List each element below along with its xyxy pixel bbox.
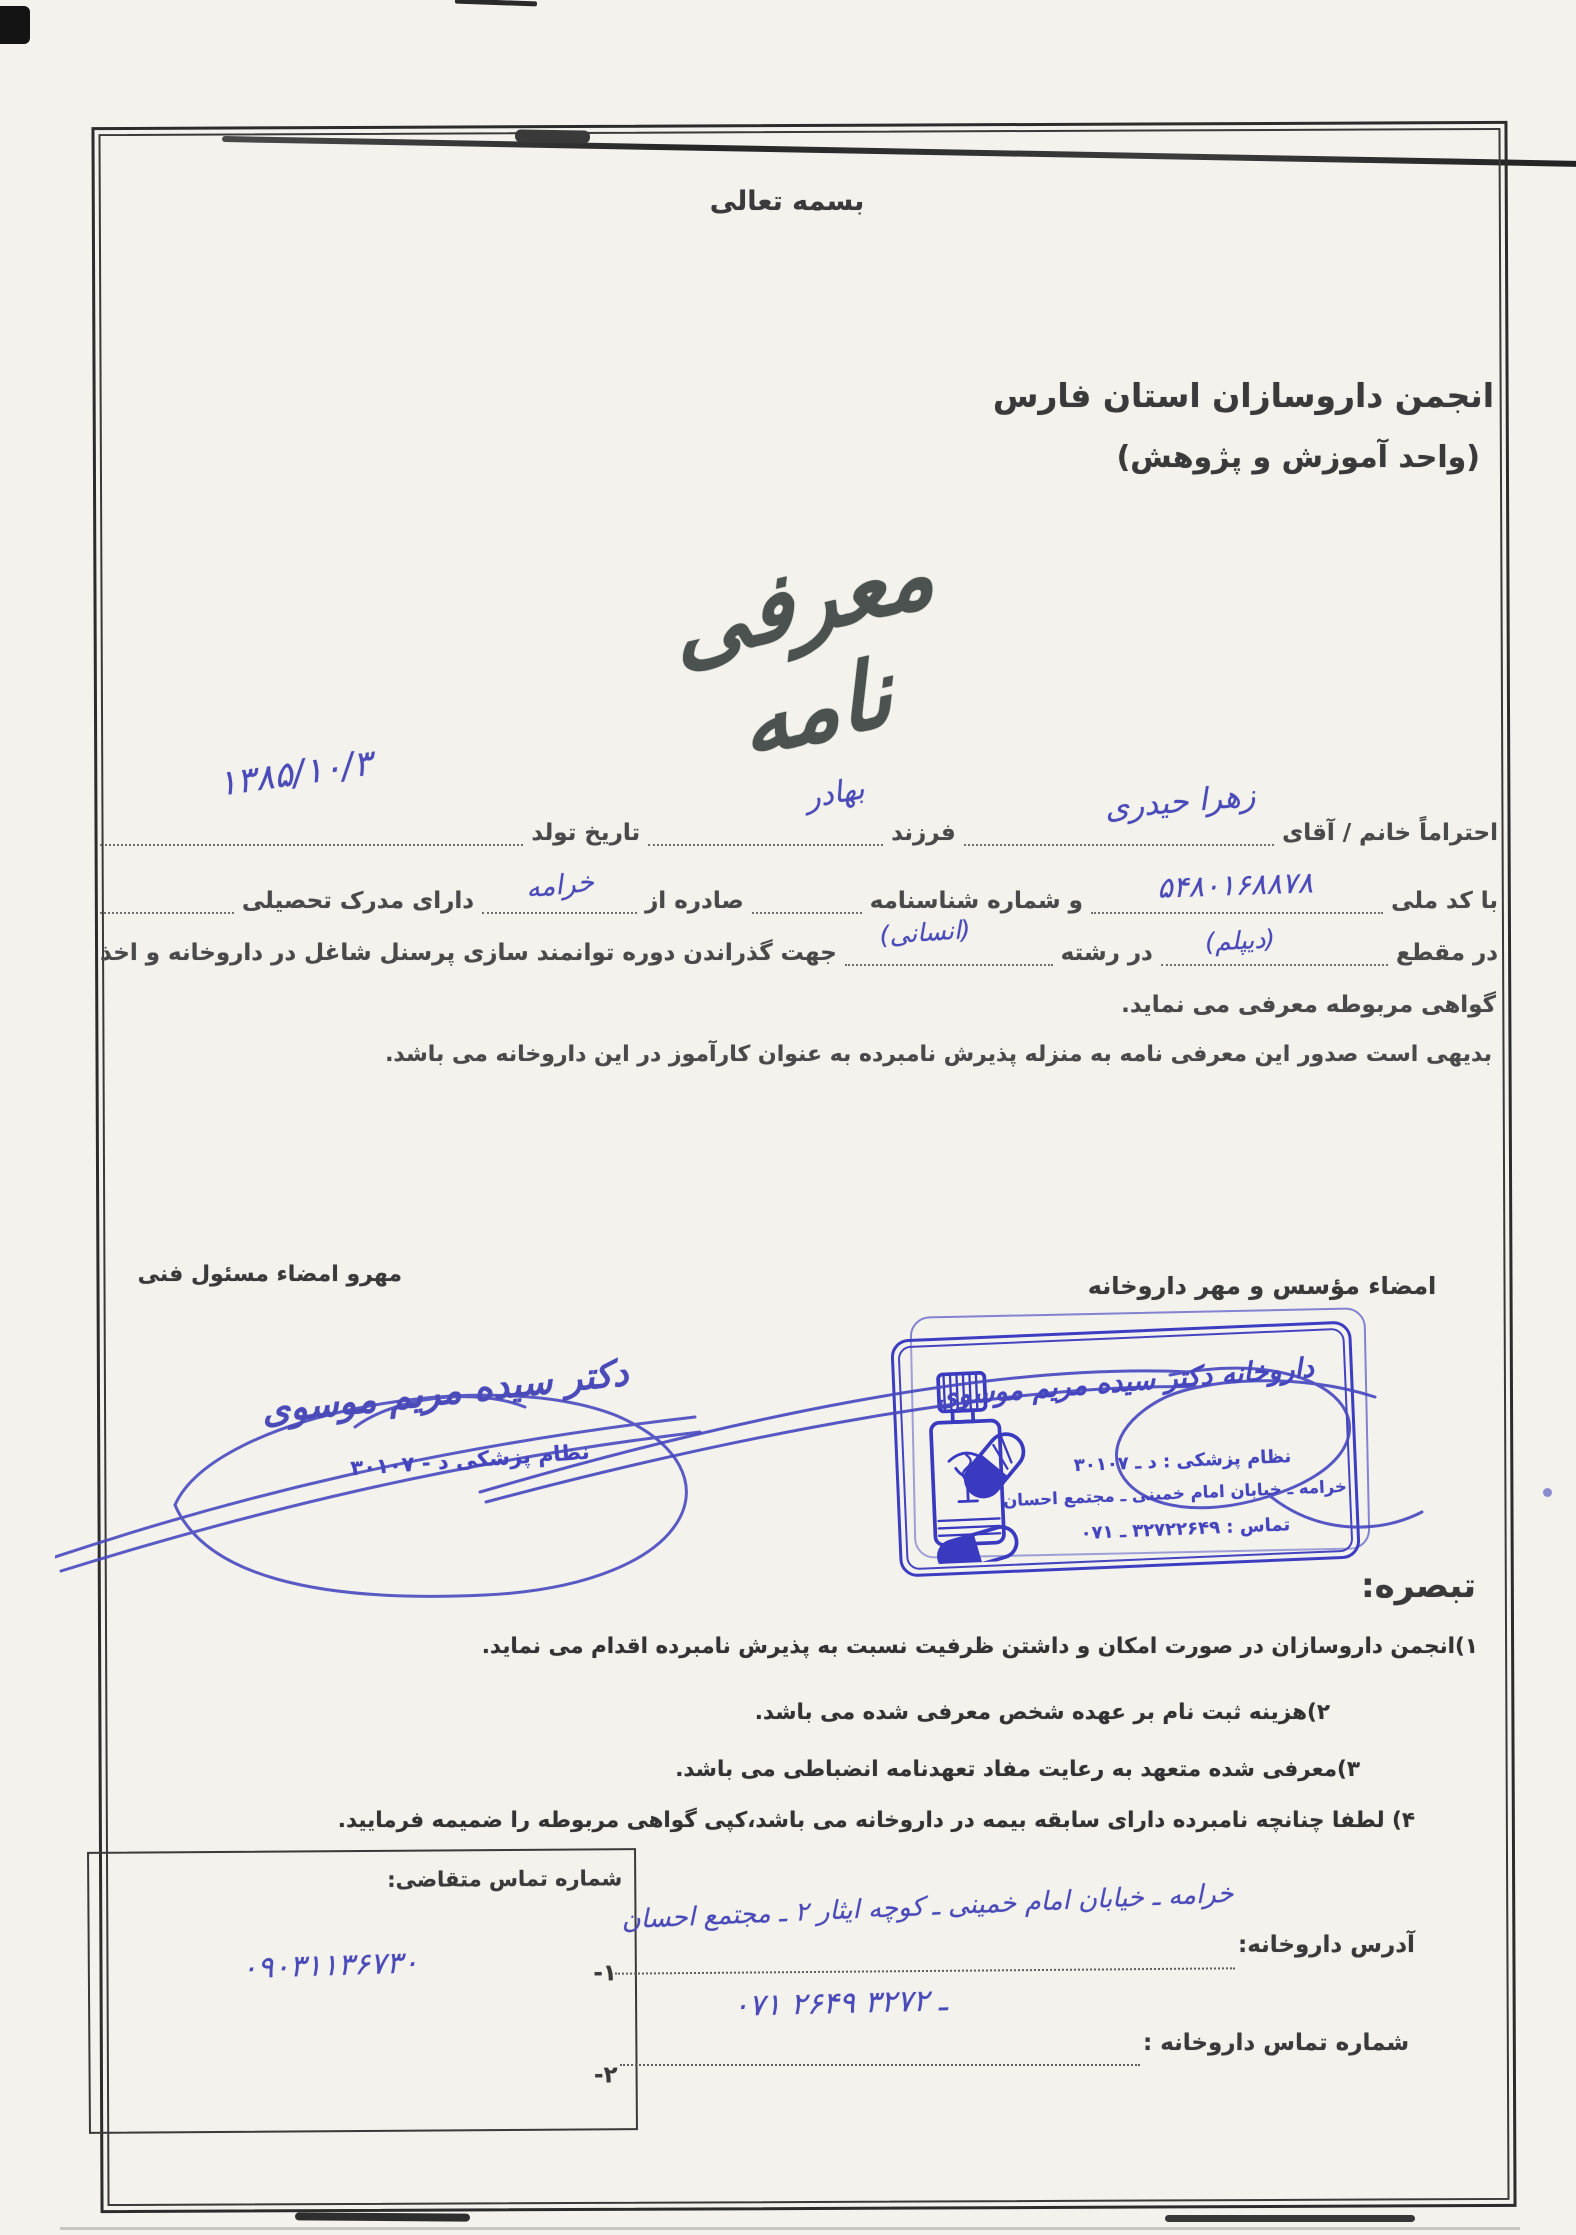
degree-label: دارای مدرک تحصیلی: [242, 888, 474, 914]
applicant-phone-heading: شماره تماس متقاضی:: [387, 1866, 622, 1892]
birth-date-label: تاریخ تولد: [531, 820, 640, 846]
pharmacy-address-label: آدرس داروخانه:: [1238, 1932, 1415, 1958]
scan-artifact-bottom-line: [60, 2227, 1520, 2230]
id-number-field: [752, 892, 862, 914]
scan-artifact-top-dashes: [455, 0, 537, 6]
org-unit: (واحد آموزش و پژوهش): [1117, 440, 1480, 475]
note-item-2: ۲)هزینه ثبت نام بر عهده شخص معرفی شده می…: [755, 1700, 1330, 1725]
applicant-phone-handwriting: ۰۹۰۳۱۱۳۶۷۳۰: [129, 1942, 530, 1990]
issued-from-label: صادره از: [645, 888, 744, 914]
note-item-1: ۱)انجمن داروسازان در صورت امکان و داشتن …: [482, 1634, 1478, 1659]
applicant-phone-item-2: -۲: [594, 2062, 618, 2088]
founder-signature-heading: امضاء مؤسس و مهر داروخانه: [1072, 1272, 1452, 1300]
pharmacy-phone-field: [620, 2062, 1140, 2066]
applicant-phone-box: شماره تماس متقاضی: -۱ ۰۹۰۳۱۱۳۶۷۳۰ -۲: [87, 1848, 638, 2134]
father-name-field: [648, 824, 883, 846]
scan-artifact-bottom-smudge-left: [295, 2212, 470, 2221]
org-name: انجمن داروسازان استان فارس: [993, 376, 1494, 415]
purpose-text-2: گواهی مربوطه معرفی می نماید.: [1121, 992, 1496, 1018]
scan-artifact-corner-blob: [0, 6, 30, 44]
applicant-name-field: [964, 824, 1274, 846]
scanned-letter-page: بسمه تعالی انجمن داروسازان استان فارس (و…: [0, 0, 1576, 2235]
father-label: فرزند: [891, 820, 956, 846]
note-item-4: ۴) لطفا چنانچه نامبرده دارای سابقه بیمه …: [338, 1808, 1415, 1833]
major-label: در رشته: [1061, 940, 1153, 966]
form-line-4: گواهی مربوطه معرفی می نماید.: [1121, 992, 1496, 1018]
note-item-3: ۳)معرفی شده متعهد به رعایت مفاد تعهدنامه…: [675, 1757, 1360, 1782]
technical-manager-heading: مهرو امضاء مسئول فنی: [172, 1262, 402, 1287]
founder-signature-stroke: [470, 1300, 1450, 1600]
purpose-text: جهت گذراندن دوره توانمند سازی پرسنل شاغل…: [100, 940, 837, 966]
id-number-label: و شماره شناسنامه: [870, 888, 1083, 914]
scan-artifact-bottom-smudge-right: [1165, 2215, 1415, 2222]
form-line-5: بدیهی است صدور این معرفی نامه به منزله پ…: [385, 1042, 1492, 1067]
bismillah-heading: بسمه تعالی: [672, 186, 902, 217]
pharmacy-phone-label: شماره تماس داروخانه :: [1143, 2030, 1409, 2056]
degree-field: [100, 892, 234, 914]
birth-date-field: [100, 824, 523, 846]
form-line-1: احتراماً خانم / آقای فرزند تاریخ تولد: [100, 820, 1498, 846]
applicant-phone-item-1: -۱: [593, 1960, 617, 1986]
national-id-label: با کد ملی: [1391, 888, 1498, 914]
salutation-label: احتراماً خانم / آقای: [1282, 820, 1498, 846]
scan-artifact-blue-dot: [1543, 1488, 1552, 1497]
disclaimer-text: بدیهی است صدور این معرفی نامه به منزله پ…: [385, 1042, 1492, 1067]
level-label: در مقطع: [1396, 940, 1498, 966]
notes-heading: تبصره:: [1316, 1566, 1476, 1606]
